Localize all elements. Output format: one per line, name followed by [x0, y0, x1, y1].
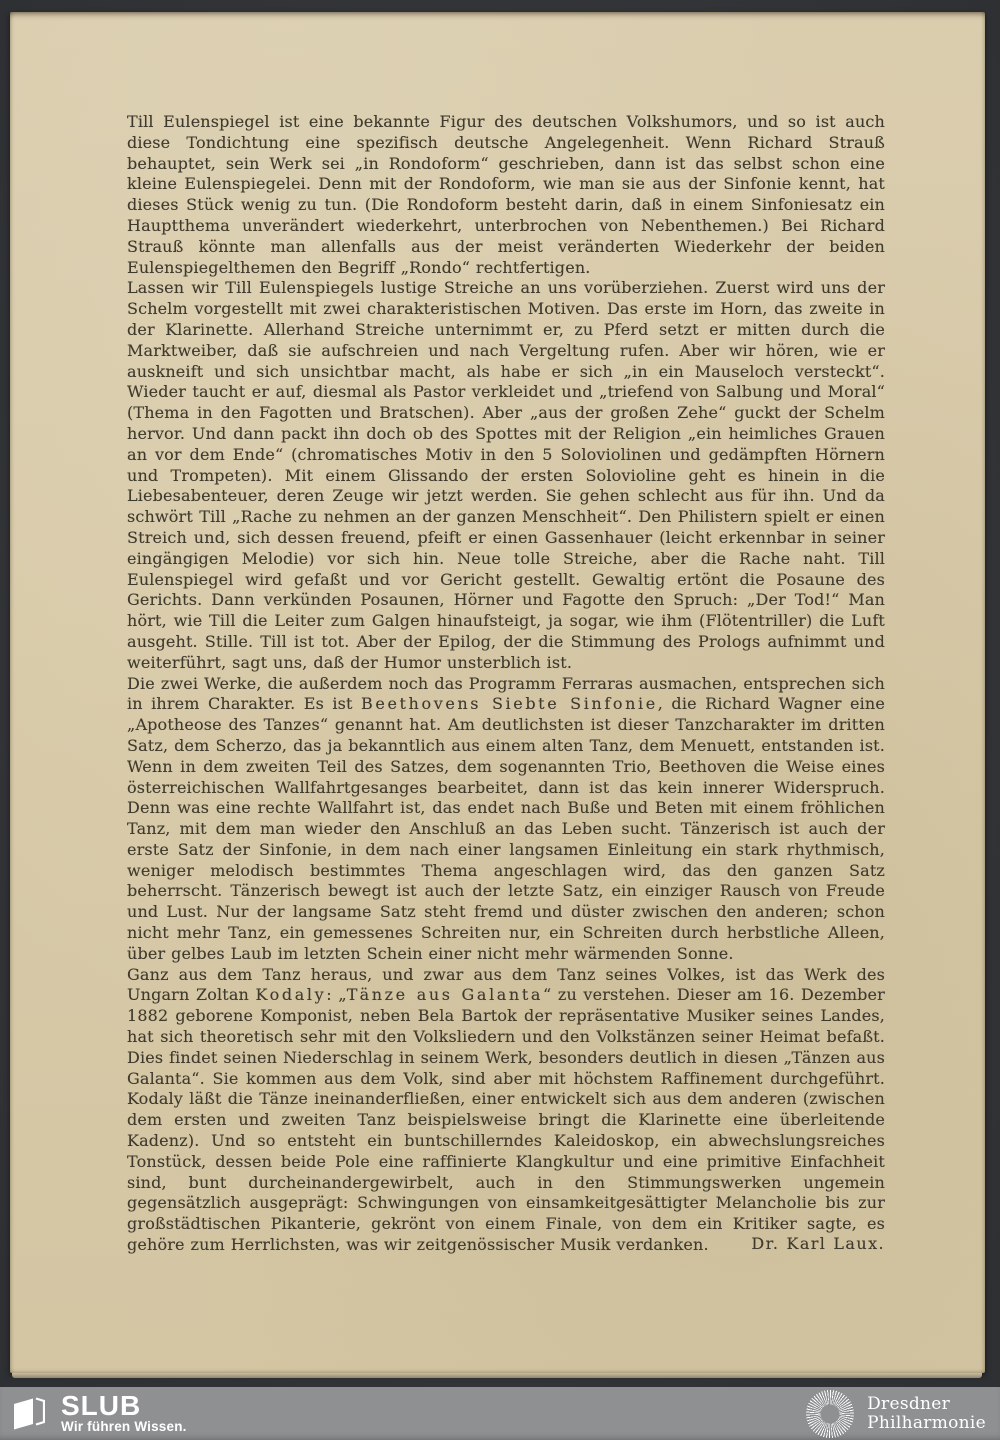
text-run: Lassen wir Till Eulenspiegels lustige St… — [127, 278, 885, 671]
paragraph: Lassen wir Till Eulenspiegels lustige St… — [127, 278, 885, 673]
author-signature: Dr. Karl Laux. — [751, 1234, 885, 1255]
text-run: Kodaly — [256, 985, 327, 1004]
paragraph: Die zwei Werke, die außerdem noch das Pr… — [127, 674, 885, 965]
philharmonie-wordmark: Dresdner Philharmonie — [867, 1395, 986, 1432]
text-run: Till Eulenspiegel ist eine bekannte Figu… — [127, 112, 885, 277]
text-run: Beethovens Siebte Sinfonie — [361, 694, 658, 713]
slub-wordmark: SLUB — [61, 1393, 187, 1419]
text-run: : „ — [326, 985, 347, 1004]
text-run: “ zu verstehen. Dieser am 16. Dezember 1… — [127, 985, 885, 1254]
slub-logo: SLUB Wir führen Wissen. — [13, 1393, 187, 1434]
philharmonie-logo: Dresdner Philharmonie — [806, 1390, 986, 1438]
paragraph: Ganz aus dem Tanz heraus, und zwar aus d… — [127, 965, 885, 1256]
text-run: , die Richard Wagner eine „Apotheose des… — [127, 694, 885, 963]
slub-wordmark-block: SLUB Wir führen Wissen. — [61, 1393, 187, 1434]
paper-bottom-edge — [12, 1373, 982, 1378]
programme-note-text: Till Eulenspiegel ist eine bekannte Figu… — [127, 112, 885, 1256]
paragraph: Till Eulenspiegel ist eine bekannte Figu… — [127, 112, 885, 278]
philharmonie-line1: Dresdner — [867, 1395, 986, 1414]
slub-tagline: Wir führen Wissen. — [61, 1420, 187, 1434]
text-run: Tänze aus Galanta — [347, 985, 543, 1004]
open-book-icon — [13, 1397, 45, 1431]
scanned-programme-page: Till Eulenspiegel ist eine bekannte Figu… — [10, 12, 985, 1373]
branding-bar: SLUB Wir führen Wissen. Dresdner Philhar… — [0, 1387, 1000, 1440]
scan-background: Till Eulenspiegel ist eine bekannte Figu… — [0, 0, 1000, 1440]
philharmonie-line2: Philharmonie — [867, 1414, 986, 1433]
sunburst-ring-icon — [806, 1390, 854, 1438]
